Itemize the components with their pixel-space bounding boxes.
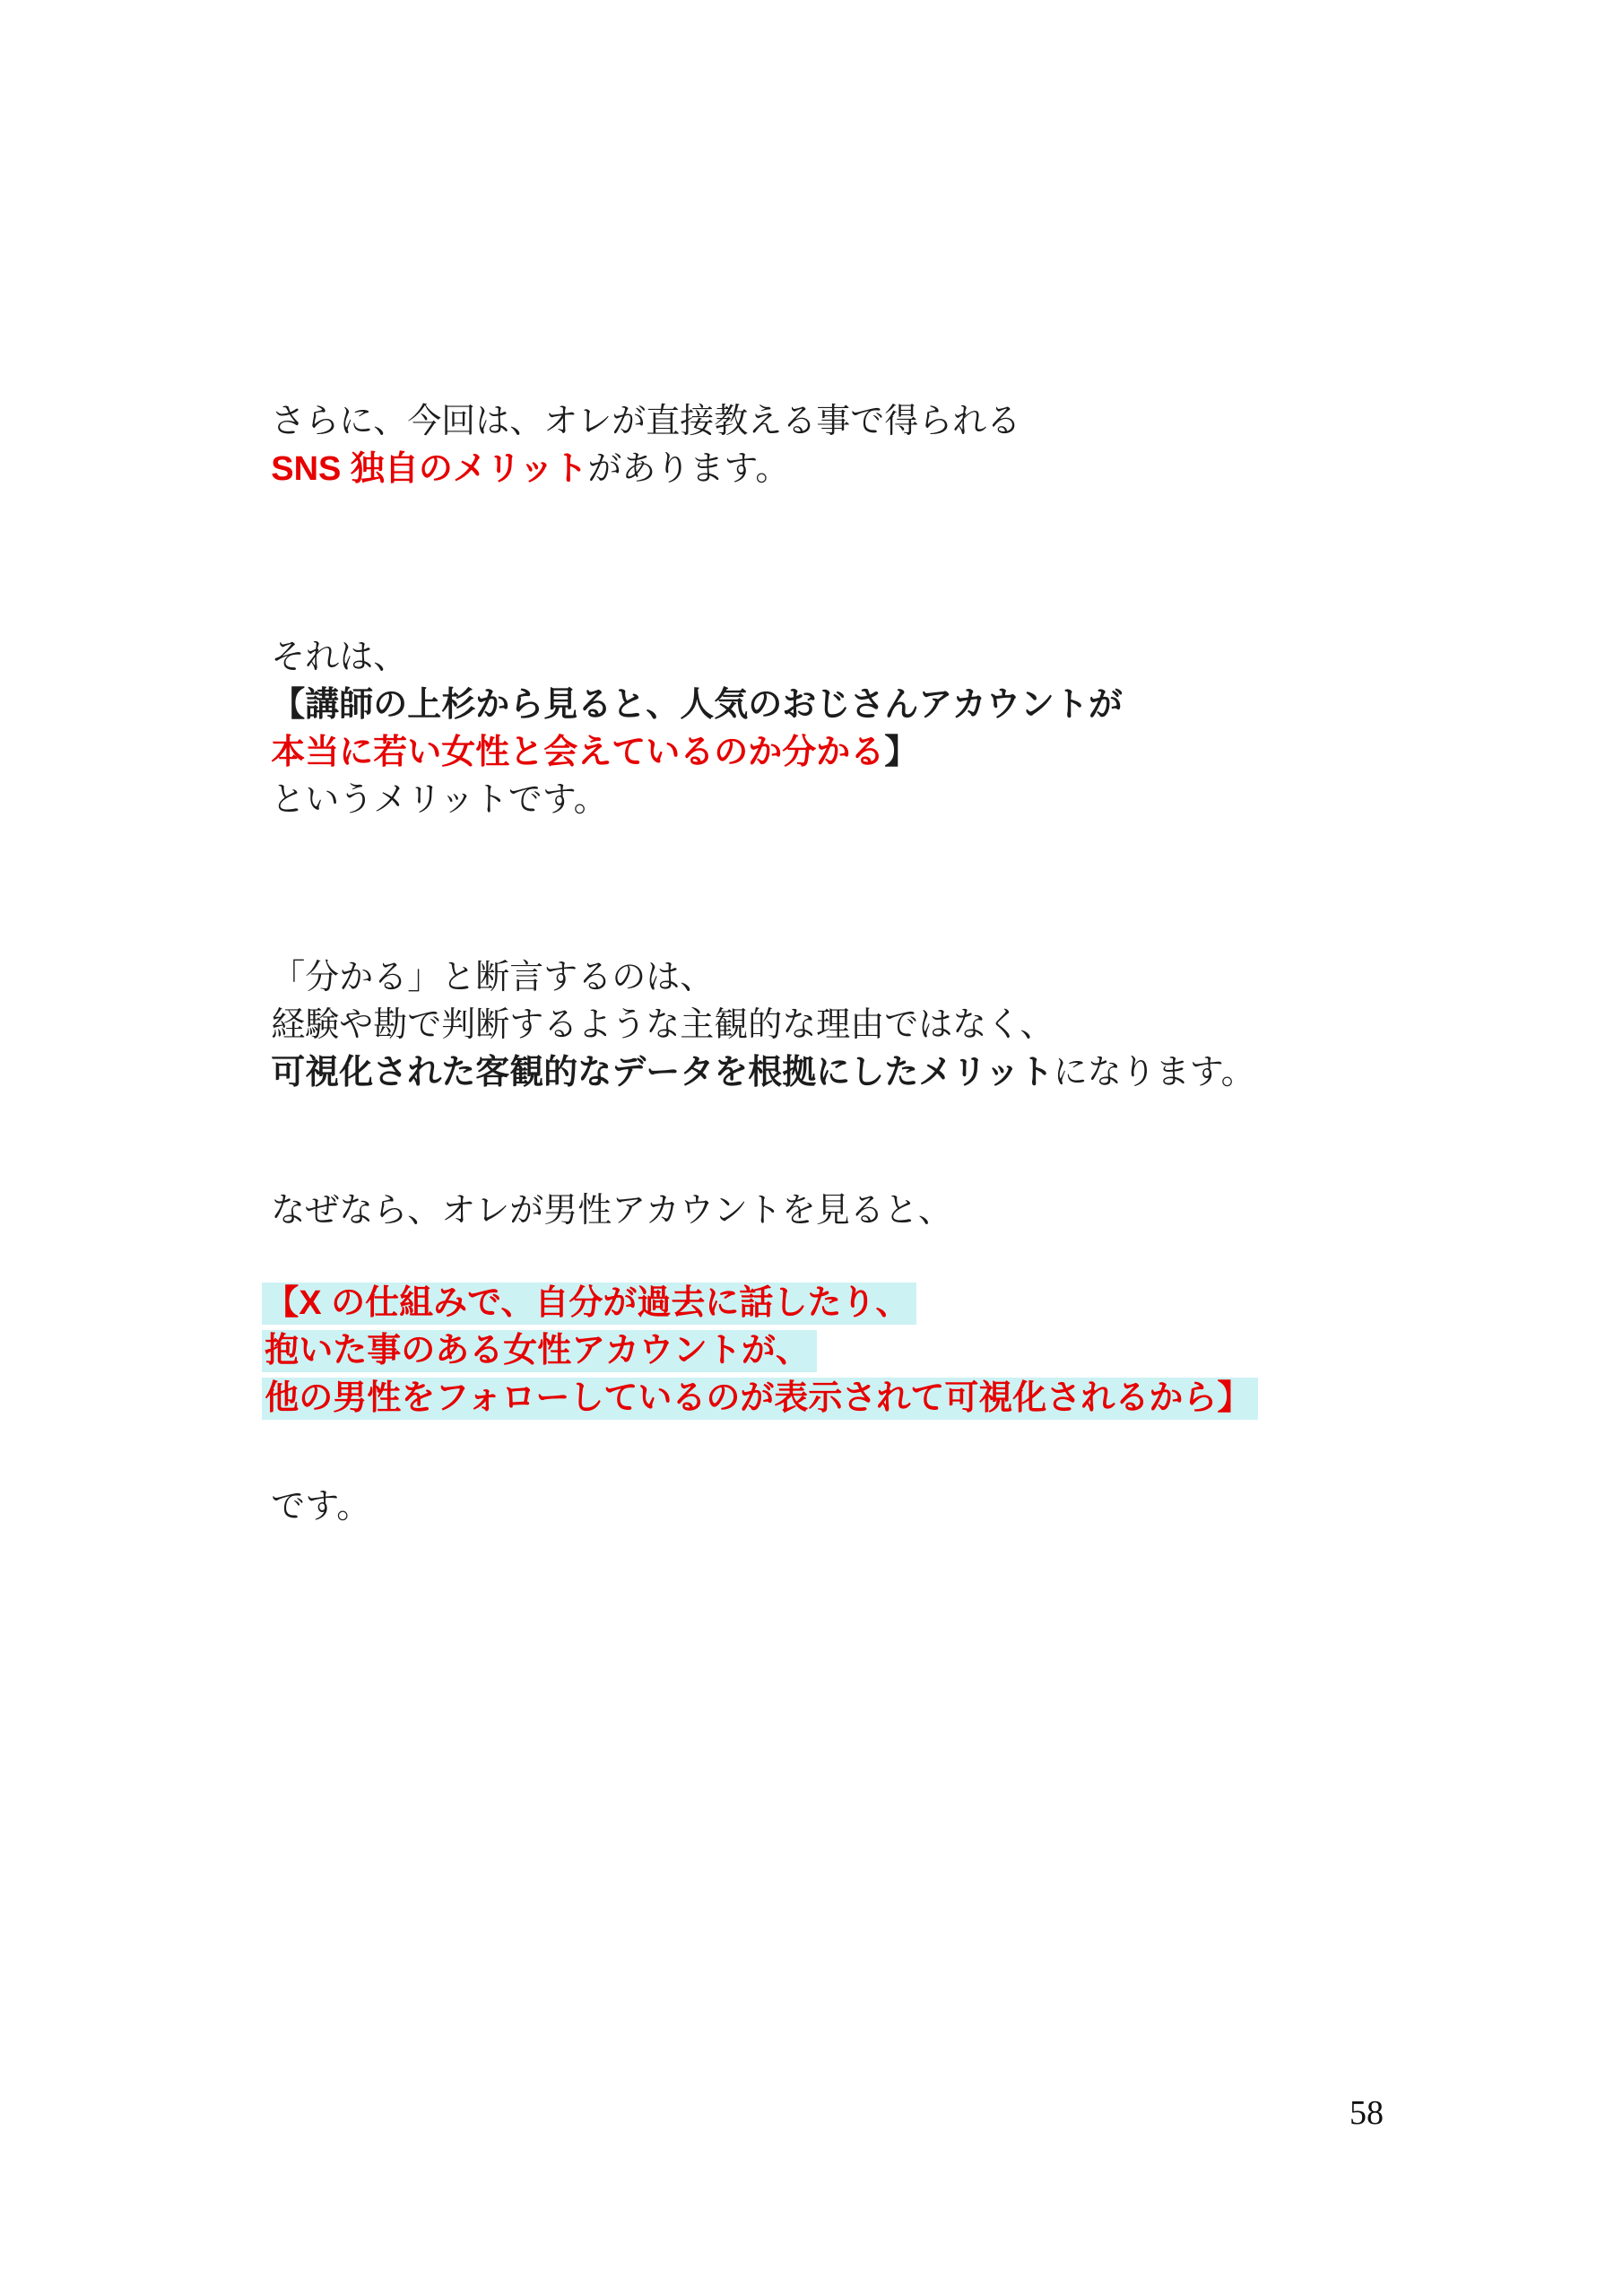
text-line: 他の男性をフォローしているのが表示されて可視化されるから】 bbox=[262, 1378, 1258, 1420]
highlighted-red-text: 抱いた事のある女性アカウントが、 bbox=[262, 1330, 817, 1372]
text-line: 経験や勘で判断するような主観的な理由ではなく、 bbox=[271, 1006, 1054, 1044]
text-line: 本当に若い女性と会えているのか分かる】 bbox=[271, 734, 918, 771]
text-line: SNS 独自のメリットがあります。 bbox=[271, 450, 789, 488]
body-text: なぜなら、オレが男性アカウントを見ると、 bbox=[271, 1192, 952, 1230]
emphasis-bold-text: 【講師の上杉から見ると、人気のおじさんアカウントが bbox=[271, 686, 1123, 724]
body-text: 「分かる」と断言するのは、 bbox=[271, 959, 714, 996]
document-page: さらに、今回は、オレが直接教える事で得られる SNS 独自のメリットがあります。… bbox=[0, 0, 1623, 2296]
text-line: 【X の仕組みで、自分が過去に話したり、 bbox=[262, 1283, 916, 1325]
highlighted-red-text: 他の男性をフォローしているのが表示されて可視化されるから】 bbox=[262, 1378, 1258, 1420]
text-line: さらに、今回は、オレが直接教える事で得られる bbox=[271, 403, 1020, 440]
emphasis-bold-text: 可視化された客観的なデータを根拠にしたメリット bbox=[271, 1054, 1053, 1091]
text-line: というメリットです。 bbox=[271, 781, 607, 819]
text-line: 【講師の上杉から見ると、人気のおじさんアカウントが bbox=[271, 686, 1123, 724]
body-text: です。 bbox=[271, 1488, 370, 1526]
paragraph-reason: 「分かる」と断言するのは、 経験や勘で判断するような主観的な理由ではなく、 可視… bbox=[233, 916, 1255, 1135]
emphasis-red-text: SNS 独自のメリット bbox=[271, 450, 587, 488]
text-line: なぜなら、オレが男性アカウントを見ると、 bbox=[271, 1192, 952, 1230]
closing-bracket: 】 bbox=[884, 734, 918, 771]
paragraph-intro: さらに、今回は、オレが直接教える事で得られる SNS 独自のメリットがあります。 bbox=[233, 360, 1020, 532]
body-text: 経験や勘で判断するような主観的な理由ではなく、 bbox=[271, 1006, 1054, 1044]
text-line: 「分かる」と断言するのは、 bbox=[271, 959, 714, 996]
highlighted-red-text: 【X の仕組みで、自分が過去に話したり、 bbox=[262, 1283, 916, 1325]
text-line: です。 bbox=[271, 1488, 370, 1526]
body-text: さらに、今回は、オレが直接教える事で得られる bbox=[271, 403, 1020, 440]
paragraph-highlighted: 【X の仕組みで、自分が過去に話したり、 抱いた事のある女性アカウントが、 他の… bbox=[224, 1241, 1258, 1461]
body-text: になります。 bbox=[1054, 1054, 1255, 1091]
text-line: 抱いた事のある女性アカウントが、 bbox=[262, 1330, 817, 1372]
paragraph-merit: それは、 【講師の上杉から見ると、人気のおじさんアカウントが 本当に若い女性と会… bbox=[233, 596, 1123, 863]
body-text: というメリットです。 bbox=[271, 781, 607, 819]
paragraph-closing: です。 bbox=[233, 1445, 370, 1570]
text-line: それは、 bbox=[271, 639, 407, 676]
body-text: それは、 bbox=[271, 639, 407, 676]
text-line: 可視化された客観的なデータを根拠にしたメリットになります。 bbox=[271, 1054, 1254, 1091]
body-text: があります。 bbox=[587, 450, 789, 488]
page-number: 58 bbox=[1350, 2093, 1384, 2133]
emphasis-red-text: 本当に若い女性と会えているのか分かる bbox=[271, 734, 884, 771]
